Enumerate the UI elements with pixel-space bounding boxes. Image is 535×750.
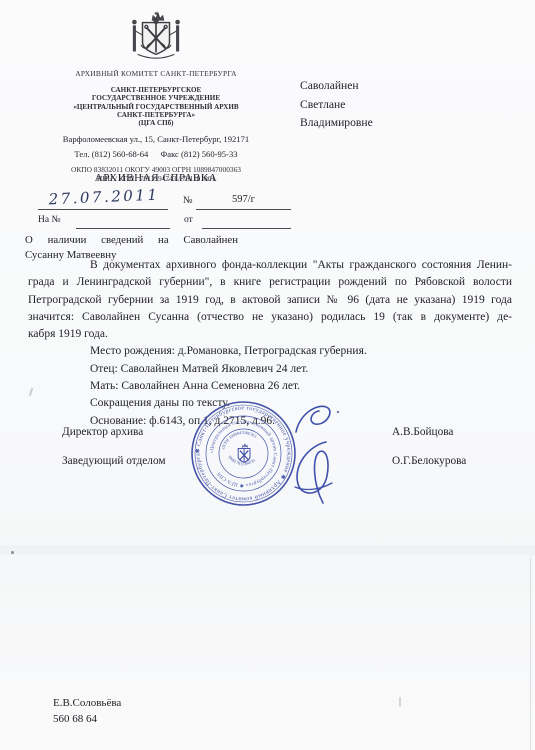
- body-line: значится: Саволайнен Сусанна (отчество н…: [28, 309, 512, 326]
- org-line: «ЦЕНТРАЛЬНЫЙ ГОСУДАРСТВЕННЫЙ АРХИВ: [25, 103, 287, 111]
- archival-certificate-page: АРХИВНЫЙ КОМИТЕТ САНКТ-ПЕТЕРБУРГА САНКТ-…: [0, 0, 535, 750]
- subject-text: О наличии сведений на Саволайнен: [25, 233, 238, 248]
- postal-address: Варфоломеевская ул., 15, Санкт-Петербург…: [25, 134, 287, 144]
- scan-tone-band: [0, 545, 535, 555]
- executor-phone: 560 68 64: [53, 712, 121, 728]
- birthplace-line: Место рождения: д.Романовка, Петроградск…: [28, 343, 512, 360]
- committee-name: АРХИВНЫЙ КОМИТЕТ САНКТ-ПЕТЕРБУРГА: [25, 69, 287, 78]
- recipient-line: Светлане: [300, 96, 500, 115]
- reply-to-label: На №: [38, 215, 61, 225]
- phone-number: Тел. (812) 560-68-64: [69, 149, 153, 159]
- executor-name: Е.В.Соловьёва: [53, 696, 121, 712]
- date-underline: [38, 209, 168, 210]
- org-line: (ЦГА СПб): [25, 119, 287, 127]
- stamp-inn-text: ИНН 7811394743: [228, 455, 257, 467]
- mother-line: Мать: Саволайнен Анна Семеновна 26 лет.: [28, 378, 512, 395]
- svg-text:ОГРН 1089847000363: ОГРН 1089847000363: [220, 430, 257, 450]
- recipient-line: Саволайнен: [300, 77, 500, 96]
- stamp-center-emblem-icon: [238, 444, 250, 462]
- from-date-label: от: [184, 215, 193, 225]
- body-line: кабря 1919 года.: [28, 326, 512, 343]
- contact-line: Тел. (812) 560-68-64 Факс (812) 560-95-3…: [25, 149, 287, 159]
- head-of-department-signature: [297, 442, 328, 503]
- executor-block: Е.В.Соловьёва 560 68 64: [53, 696, 121, 727]
- director-signature: [296, 406, 330, 432]
- recipient-block: Саволайнен Светлане Владимировне: [300, 77, 500, 133]
- handwritten-date: 27.07.2011: [42, 185, 167, 208]
- org-line: САНКТ-ПЕТЕРБУРГСКОЕ: [25, 86, 287, 94]
- director-name: А.В.Бойцова: [392, 426, 453, 438]
- reply-underline: [76, 228, 170, 229]
- stamp-ogrn-text: ОГРН 1089847000363: [220, 430, 257, 450]
- handwritten-signatures: [282, 396, 362, 510]
- spb-coat-of-arms-icon: [127, 10, 185, 64]
- recipient-line: Владимировне: [300, 114, 500, 133]
- document-title: АРХИВНАЯ СПРАВКА: [25, 172, 287, 184]
- from-underline: [202, 228, 291, 229]
- body-line: Петроградской губернии за 1919 год, в ак…: [28, 292, 512, 309]
- scan-edge-line: [530, 558, 531, 750]
- head-of-department-name: О.Г.Белокурова: [392, 455, 466, 467]
- reference-number: 597/г: [196, 194, 291, 205]
- director-position: Директор архива: [62, 426, 143, 438]
- org-line: САНКТ-ПЕТЕРБУРГА»: [25, 111, 287, 119]
- father-line: Отец: Саволайнен Матвей Яковлевич 24 лет…: [28, 361, 512, 378]
- body-line: града и Ленинградской губернии", в книге…: [28, 274, 512, 291]
- letterhead: АРХИВНЫЙ КОМИТЕТ САНКТ-ПЕТЕРБУРГА САНКТ-…: [25, 10, 287, 183]
- org-line: ГОСУДАРСТВЕННОЕ УЧРЕЖДЕНИЕ: [25, 94, 287, 102]
- scan-speck: [11, 551, 14, 554]
- svg-text:ИНН 7811394743: ИНН 7811394743: [228, 455, 257, 467]
- fax-number: Факс (812) 560-95-33: [155, 149, 242, 159]
- head-of-department-position: Заведующий отделом: [62, 455, 166, 467]
- number-underline: [196, 209, 291, 210]
- body-line: В документах архивного фонда-коллекции "…: [28, 257, 512, 274]
- number-sign-label: №: [183, 195, 193, 206]
- organization-name: САНКТ-ПЕТЕРБУРГСКОЕ ГОСУДАРСТВЕННОЕ УЧРЕ…: [25, 86, 287, 127]
- scan-speck: [399, 697, 401, 707]
